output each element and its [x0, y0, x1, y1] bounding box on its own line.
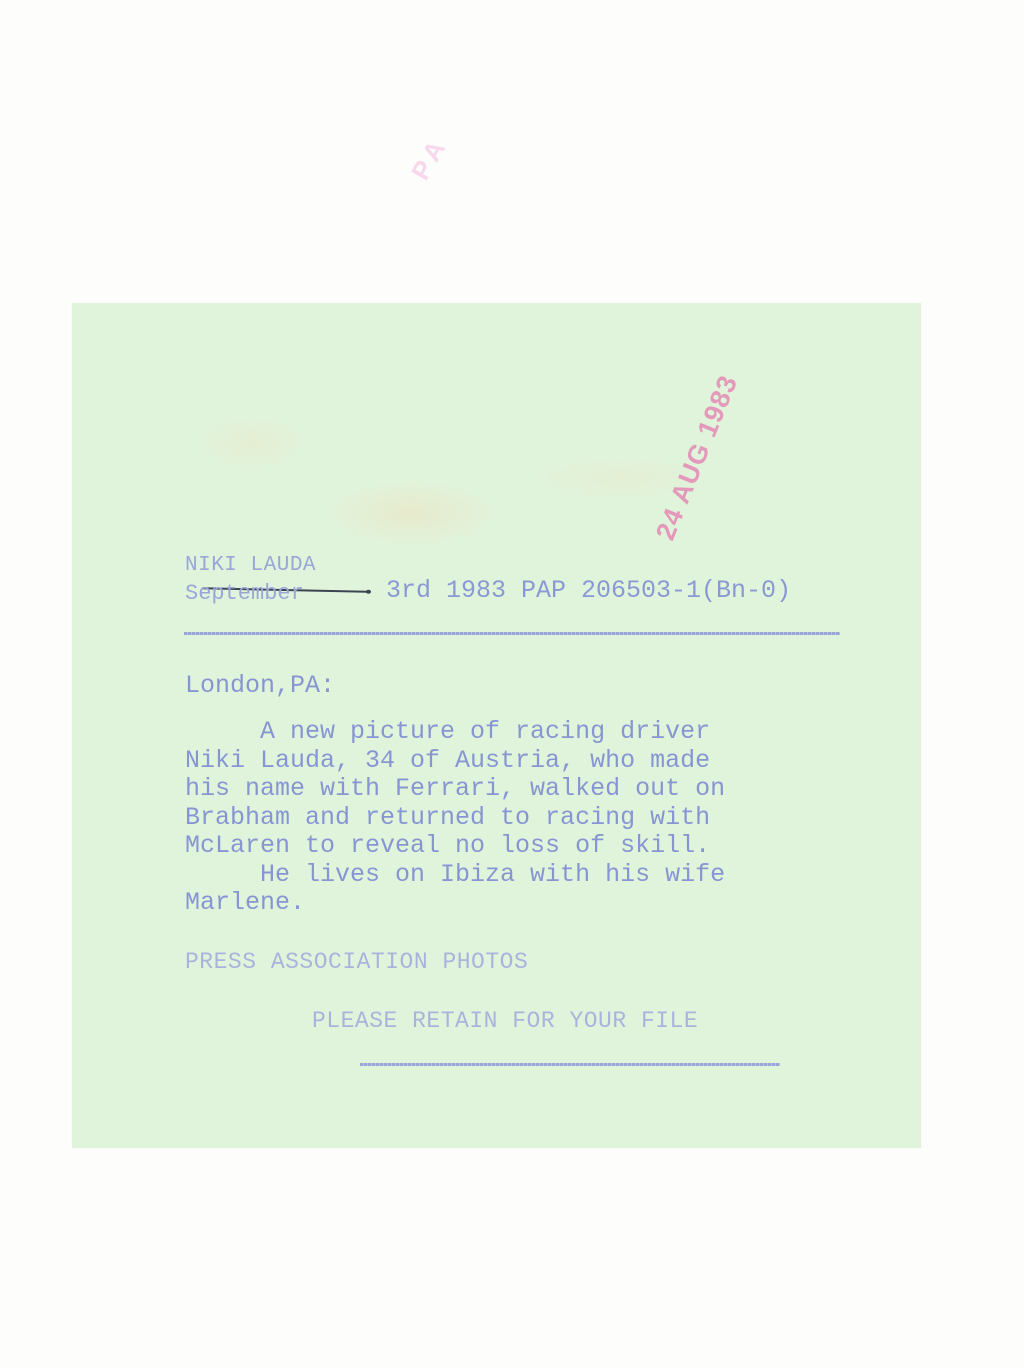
paper-stain [192, 413, 312, 473]
subject-name: NIKI LAUDA [185, 554, 316, 577]
caption-line: his name with Ferrari, walked out on [185, 775, 725, 804]
caption-body: A new picture of racing driverNiki Lauda… [185, 718, 725, 918]
paper-stain [322, 478, 502, 548]
retain-notice: PLEASE RETAIN FOR YOUR FILE [312, 1008, 698, 1034]
caption-line: Niki Lauda, 34 of Austria, who made [185, 747, 725, 776]
received-date-stamp: 24 AUG 1983 [650, 371, 744, 545]
date-and-reference: 3rd 1983 PAP 206503-1(Bn-0) [386, 576, 791, 605]
caption-line: He lives on Ibiza with his wife [185, 861, 725, 890]
caption-line: Brabham and returned to racing with [185, 804, 725, 833]
dateline: London,PA: [185, 671, 335, 700]
date-month: September [185, 581, 304, 606]
caption-line: Marlene. [185, 889, 725, 918]
typed-divider [360, 1063, 780, 1066]
caption-card: 24 AUG 1983 NIKI LAUDA September 3rd 198… [72, 303, 921, 1148]
caption-line: A new picture of racing driver [185, 718, 725, 747]
typed-divider [184, 632, 840, 635]
ghost-stamp-bleedthrough: PA [405, 130, 455, 186]
caption-line: McLaren to reveal no loss of skill. [185, 832, 725, 861]
agency-credit: PRESS ASSOCIATION PHOTOS [185, 949, 528, 975]
